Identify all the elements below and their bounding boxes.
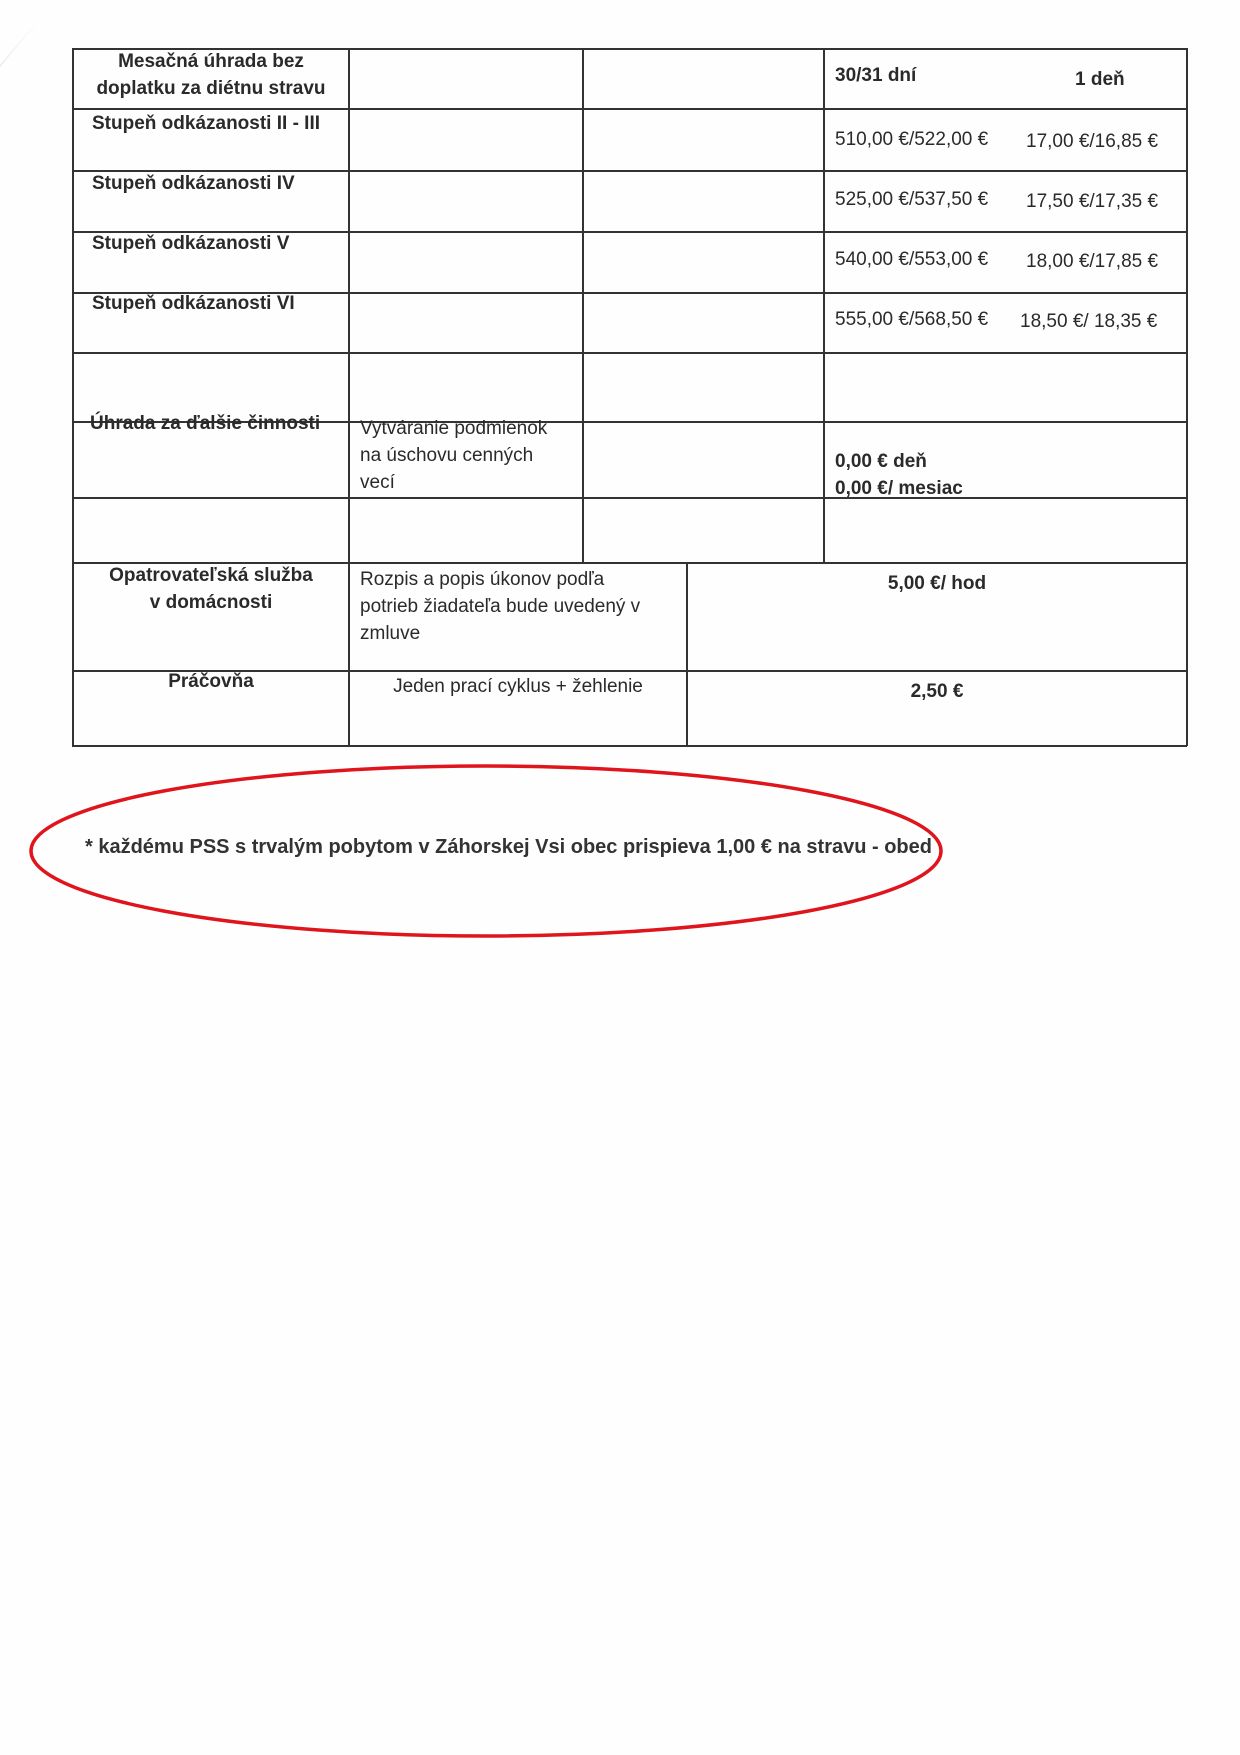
- other-price: 0,00 € deň 0,00 €/ mesiac: [835, 448, 963, 502]
- row-daily-v: 18,00 €/17,85 €: [1026, 248, 1158, 275]
- table-border-right: [1186, 48, 1188, 746]
- row-monthly-vi: 555,00 €/568,50 €: [835, 306, 988, 333]
- other-description: Vytváranie podmienok na úschovu cenných …: [360, 415, 547, 496]
- header-label: Mesačná úhrada bez doplatku za diétnu st…: [74, 48, 348, 102]
- other-label: Úhrada za ďalšie činnosti: [90, 410, 320, 437]
- scan-artifact: [0, 20, 39, 113]
- table-border-bottom: [72, 745, 1187, 747]
- row-divider: [72, 497, 1187, 499]
- row-label-iv: Stupeň odkázanosti IV: [92, 170, 295, 197]
- header-period-day: 1 deň: [1075, 66, 1125, 93]
- row-divider: [72, 352, 1187, 354]
- care-description: Rozpis a popis úkonov podľa potrieb žiad…: [360, 566, 640, 647]
- laundry-price: 2,50 €: [688, 678, 1186, 705]
- column-divider: [582, 48, 584, 562]
- laundry-description: Jeden prací cyklus + žehlenie: [350, 673, 686, 700]
- row-monthly-ii-iii: 510,00 €/522,00 €: [835, 126, 988, 153]
- document-page: Mesačná úhrada bez doplatku za diétnu st…: [0, 0, 1240, 1755]
- column-divider: [348, 48, 350, 746]
- header-period-month: 30/31 dní: [835, 62, 916, 89]
- row-daily-iv: 17,50 €/17,35 €: [1026, 188, 1158, 215]
- row-label-vi: Stupeň odkázanosti VI: [92, 290, 295, 317]
- care-price: 5,00 €/ hod: [688, 570, 1186, 597]
- row-label-v: Stupeň odkázanosti V: [92, 230, 289, 257]
- row-monthly-v: 540,00 €/553,00 €: [835, 246, 988, 273]
- row-daily-ii-iii: 17,00 €/16,85 €: [1026, 128, 1158, 155]
- care-label: Opatrovateľská služba v domácnosti: [74, 562, 348, 616]
- column-divider: [823, 48, 825, 562]
- footnote-text: * každému PSS s trvalým pobytom v Záhors…: [85, 836, 932, 859]
- row-daily-vi: 18,50 €/ 18,35 €: [1020, 308, 1157, 335]
- table-border-left: [72, 48, 74, 746]
- row-label-ii-iii: Stupeň odkázanosti II - III: [92, 110, 320, 137]
- row-monthly-iv: 525,00 €/537,50 €: [835, 186, 988, 213]
- laundry-label: Práčovňa: [74, 668, 348, 695]
